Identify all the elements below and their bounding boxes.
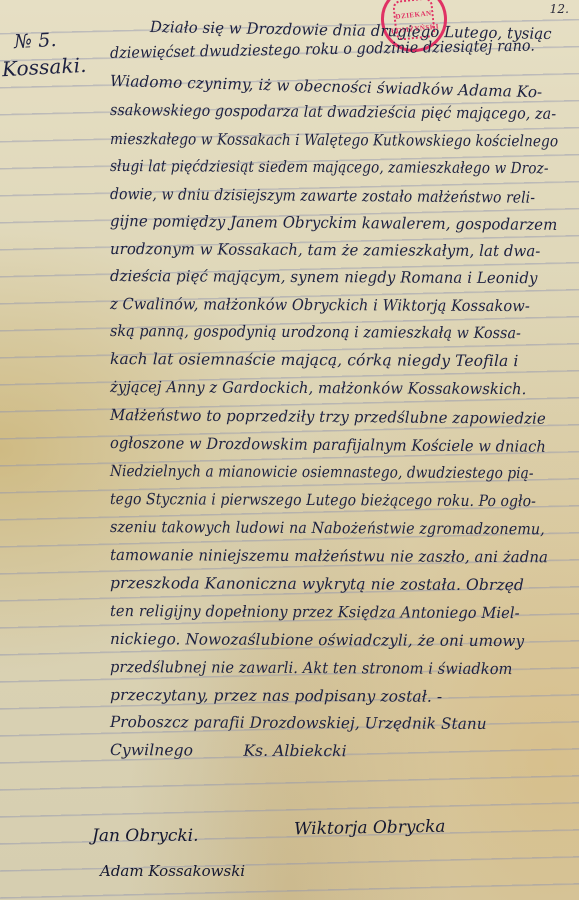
record-line: ogłoszone w Drozdowskim parafijalnym Koś… xyxy=(110,430,546,460)
record-line: gijne pomiędzy Janem Obryckim kawalerem,… xyxy=(110,208,558,238)
record-line: Cywilnego Ks. Albiekcki xyxy=(110,737,347,764)
record-line: przeszkoda Kanoniczna wykrytą nie został… xyxy=(110,570,524,598)
record-line: Małżeństwo to poprzedziły trzy przedślub… xyxy=(110,402,546,432)
record-line: szeniu takowych ludowi na Nabożeństwie z… xyxy=(110,514,545,542)
groom-signature: Jan Obrycki. xyxy=(92,826,199,846)
record-line: żyjącej Anny z Gardockich, małżonków Kos… xyxy=(110,374,527,402)
record-line: urodzonym w Kossakach, tam że zamieszkał… xyxy=(110,236,541,264)
folio-number: 12. xyxy=(550,2,569,16)
witness-signature: Adam Kossakowski xyxy=(100,862,245,880)
record-line: sługi lat pięćdziesiąt siedem mającego, … xyxy=(110,153,549,181)
record-line: ssakowskiego gospodarza lat dwadzieścia … xyxy=(110,97,556,127)
record-line: ten religijny dopełniony przez Księdza A… xyxy=(110,598,520,626)
record-line: tamowanie niniejszemu małżeństwu nie zas… xyxy=(110,542,548,570)
margin-village-name: Kossaki. xyxy=(1,54,87,80)
record-line: ską panną, gospodynią urodzoną i zamiesz… xyxy=(110,318,521,346)
record-line: przeczytany, przez nas podpisany został.… xyxy=(110,682,442,710)
record-line: Niedzielnych a mianowicie osiemnastego, … xyxy=(110,458,534,486)
record-line: z Cwalinów, małżonków Obryckich i Wiktor… xyxy=(110,291,530,319)
record-line: dzieścia pięć mającym, synem niegdy Roma… xyxy=(110,263,538,291)
bride-signature: Wiktorja Obrycka xyxy=(294,817,446,840)
record-line: tego Stycznia i pierwszego Lutego bieżąc… xyxy=(110,486,536,514)
record-line: kach lat osiemnaście mającą, córką niegd… xyxy=(110,346,519,374)
margin-entry-number: № 5. xyxy=(13,29,57,53)
record-line: nickiego. Nowozaślubione oświadczyli, że… xyxy=(110,626,524,654)
record-line: Proboszcz parafii Drozdowskiej, Urzędnik… xyxy=(110,709,487,737)
document-page: 12. DZIEKAN ŁOMŻYŃSKI № 5. Kossaki. Dzia… xyxy=(0,0,579,900)
record-line: mieszkałego w Kossakach i Walętego Kutko… xyxy=(110,126,558,154)
record-line: przedślubnej nie zawarli. Akt ten strono… xyxy=(110,654,513,682)
record-line: dowie, w dniu dzisiejszym zawarte został… xyxy=(110,181,535,211)
